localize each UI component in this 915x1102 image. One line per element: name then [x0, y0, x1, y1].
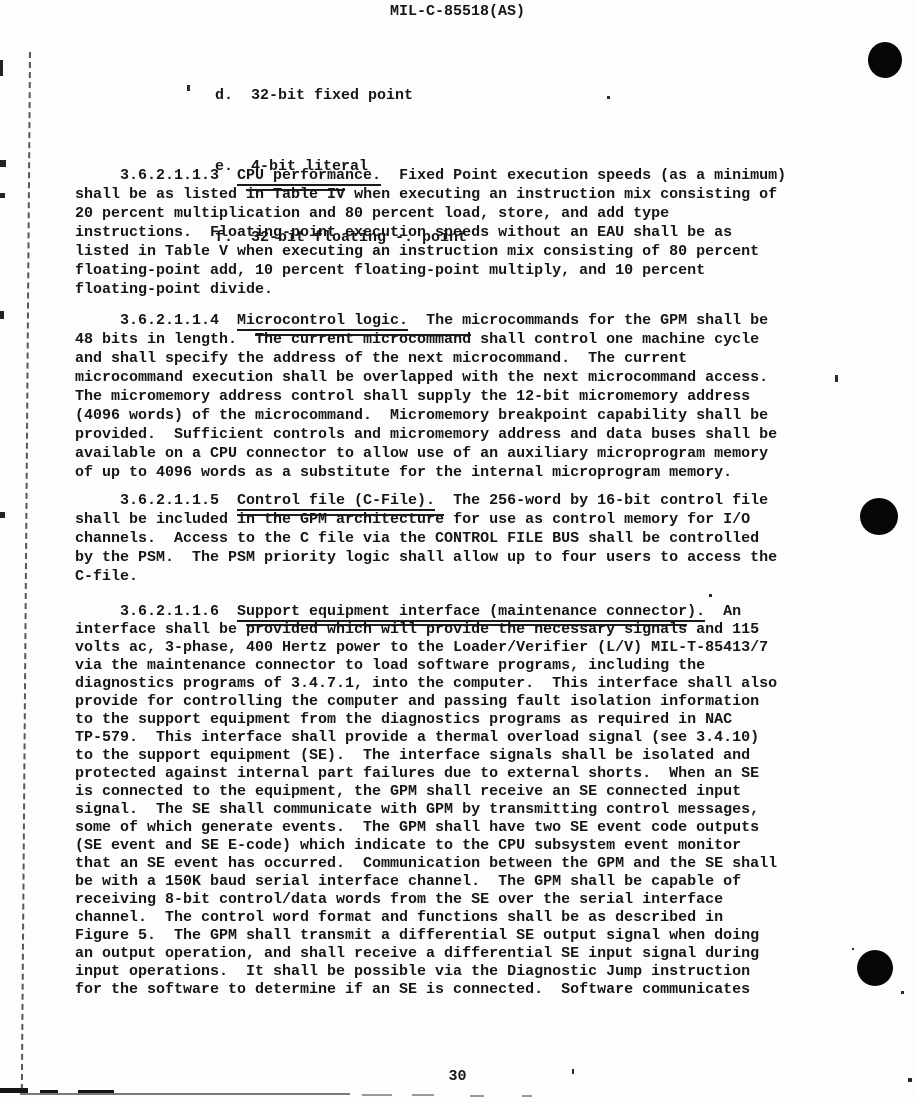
text-segment: C-file.: [75, 568, 138, 585]
text-segment: instructions. Floating-point execution s…: [75, 224, 732, 241]
text-line: instructions. Floating-point execution s…: [75, 223, 786, 242]
text-segment: for the software to determine if an SE i…: [75, 981, 750, 998]
scan-bottom-dash: [470, 1095, 484, 1097]
document-id-header: MIL-C-85518(AS): [0, 3, 915, 20]
text-line: input operations. It shall be possible v…: [75, 963, 777, 981]
scan-edge-tick: [0, 60, 3, 76]
text-line: to the support equipment (SE). The inter…: [75, 747, 777, 765]
text-line: listed in Table V when executing an inst…: [75, 242, 786, 261]
punch-hole-mark-bottom: [857, 950, 893, 986]
text-line: is connected to the equipment, the GPM s…: [75, 783, 777, 801]
text-line: 3.6.2.1.1.6 Support equipment interface …: [75, 603, 777, 621]
text-segment: by the PSM. The PSM priority logic shall…: [75, 549, 777, 566]
scan-edge-tick: [0, 160, 6, 167]
text-segment: floating-point add, 10 percent floating-…: [75, 262, 705, 279]
text-segment: signal. The SE shall communicate with GP…: [75, 801, 759, 818]
text-segment: of up to 4096 words as a substitute for …: [75, 464, 732, 481]
text-segment: that an SE event has occurred. Communica…: [75, 855, 777, 872]
list-item-d: d. 32-bit fixed point: [215, 87, 467, 105]
paragraph-cpu-performance: 3.6.2.1.1.3 CPU performance. Fixed Point…: [75, 166, 786, 299]
text-segment: The 256-word by 16-bit control file: [435, 492, 768, 509]
text-line: diagnostics programs of 3.4.7.1, into th…: [75, 675, 777, 693]
text-line: C-file.: [75, 567, 777, 586]
text-segment: via the maintenance connector to load so…: [75, 657, 705, 674]
text-segment: is connected to the equipment, the GPM s…: [75, 783, 741, 800]
text-segment: provide for controlling the computer and…: [75, 693, 759, 710]
text-segment: to the support equipment (SE). The inter…: [75, 747, 750, 764]
text-line: 48 bits in length. The current microcomm…: [75, 330, 777, 349]
text-line: 3.6.2.1.1.3 CPU performance. Fixed Point…: [75, 166, 786, 185]
text-line: Figure 5. The GPM shall transmit a diffe…: [75, 927, 777, 945]
section-title-underlined: Microcontrol logic.: [237, 312, 408, 331]
text-line: shall be included in the GPM architectur…: [75, 510, 777, 529]
text-segment: The microcommands for the GPM shall be: [408, 312, 768, 329]
text-segment: 3.6.2.1.1.4: [75, 312, 237, 329]
scan-speck: [908, 1078, 912, 1082]
text-line: TP-579. This interface shall provide a t…: [75, 729, 777, 747]
text-segment: interface shall be: [75, 621, 246, 638]
text-segment: for use as control memory for I/O: [444, 511, 750, 528]
text-line: provided. Sufficient controls and microm…: [75, 425, 777, 444]
text-line: that an SE event has occurred. Communica…: [75, 855, 777, 873]
text-line: receiving 8-bit control/data words from …: [75, 891, 777, 909]
text-line: volts ac, 3-phase, 400 Hertz power to th…: [75, 639, 777, 657]
text-segment: 3.6.2.1.1.5: [75, 492, 237, 509]
scan-speck: [187, 85, 190, 91]
document-page: MIL-C-85518(AS) d. 32-bit fixed point e.…: [0, 0, 915, 1102]
left-margin-dashed-line: [21, 52, 31, 1090]
text-line: (4096 words) of the microcommand. Microm…: [75, 406, 777, 425]
text-segment: and shall specify the address of the nex…: [75, 350, 687, 367]
text-segment: protected against internal part failures…: [75, 765, 759, 782]
scan-speck: [901, 991, 904, 994]
text-segment: provided. Sufficient controls and microm…: [75, 426, 777, 443]
paragraph-microcontrol-logic: 3.6.2.1.1.4 Microcontrol logic. The micr…: [75, 311, 777, 482]
text-line: available on a CPU connector to allow us…: [75, 444, 777, 463]
text-line: floating-point divide.: [75, 280, 786, 299]
text-segment: diagnostics programs of 3.4.7.1, into th…: [75, 675, 777, 692]
punch-hole-mark-middle: [860, 498, 898, 535]
text-segment: shall be included: [75, 511, 237, 528]
scan-bottom-dash: [522, 1095, 532, 1097]
text-line: interface shall be provided which will p…: [75, 621, 777, 639]
text-line: microcommand execution shall be overlapp…: [75, 368, 777, 387]
page-number: 30: [0, 1068, 915, 1085]
scan-edge-tick: [0, 311, 4, 319]
scan-speck: [607, 96, 610, 99]
text-segment: 3.6.2.1.1.3: [75, 167, 237, 184]
section-title-underlined: Control file (C-File).: [237, 492, 435, 511]
text-line: channel. The control word format and fun…: [75, 909, 777, 927]
text-line: 3.6.2.1.1.4 Microcontrol logic. The micr…: [75, 311, 777, 330]
text-segment: available on a CPU connector to allow us…: [75, 445, 768, 462]
text-segment: floating-point divide.: [75, 281, 273, 298]
text-line: to the support equipment from the diagno…: [75, 711, 777, 729]
text-line: The micromemory address control shall su…: [75, 387, 777, 406]
text-line: an output operation, and shall receive a…: [75, 945, 777, 963]
text-line: via the maintenance connector to load so…: [75, 657, 777, 675]
text-segment: Figure 5. The GPM shall transmit a diffe…: [75, 927, 759, 944]
text-line: be with a 150K baud serial interface cha…: [75, 873, 777, 891]
text-segment: An: [705, 603, 741, 620]
text-segment: to the support equipment from the diagno…: [75, 711, 732, 728]
section-title-underlined: CPU performance.: [237, 167, 381, 186]
section-title-underlined: Support equipment interface (maintenance…: [237, 603, 705, 622]
text-line: protected against internal part failures…: [75, 765, 777, 783]
text-line: (SE event and SE E-code) which indicate …: [75, 837, 777, 855]
text-segment: The micromemory address control shall su…: [75, 388, 750, 405]
scan-speck: [852, 948, 854, 950]
punch-hole-mark-top: [868, 42, 902, 78]
text-segment: shall be as listed: [75, 186, 246, 203]
paragraph-control-file: 3.6.2.1.1.5 Control file (C-File). The 2…: [75, 491, 777, 586]
text-segment: microcommand execution shall be overlapp…: [75, 369, 768, 386]
text-line: by the PSM. The PSM priority logic shall…: [75, 548, 777, 567]
text-segment: volts ac, 3-phase, 400 Hertz power to th…: [75, 639, 768, 656]
text-line: and shall specify the address of the nex…: [75, 349, 777, 368]
text-line: shall be as listed in Table IV when exec…: [75, 185, 786, 204]
underline-overstrike-artifact: provided which will provide the necessar…: [246, 621, 687, 638]
text-segment: listed in Table V when executing an inst…: [75, 243, 759, 260]
text-segment: 48 bits in length.: [75, 331, 255, 348]
scan-edge-tick: [0, 193, 5, 198]
text-segment: an output operation, and shall receive a…: [75, 945, 759, 962]
text-segment: channel. The control word format and fun…: [75, 909, 723, 926]
underline-overstrike-artifact: in Table IV: [246, 186, 345, 203]
text-line: of up to 4096 words as a substitute for …: [75, 463, 777, 482]
text-segment: shall control one machine cycle: [471, 331, 759, 348]
text-segment: TP-579. This interface shall provide a t…: [75, 729, 759, 746]
text-segment: 3.6.2.1.1.6: [75, 603, 237, 620]
text-segment: input operations. It shall be possible v…: [75, 963, 750, 980]
text-segment: receiving 8-bit control/data words from …: [75, 891, 723, 908]
underline-overstrike-artifact: The current microcommand: [255, 331, 471, 348]
text-segment: (SE event and SE E-code) which indicate …: [75, 837, 741, 854]
text-line: 20 percent multiplication and 80 percent…: [75, 204, 786, 223]
scan-edge-tick: [0, 512, 5, 518]
text-line: provide for controlling the computer and…: [75, 693, 777, 711]
underline-overstrike-artifact: in the GPM architecture: [237, 511, 444, 528]
scan-bottom-dash: [362, 1094, 392, 1096]
text-line: 3.6.2.1.1.5 Control file (C-File). The 2…: [75, 491, 777, 510]
text-segment: be with a 150K baud serial interface cha…: [75, 873, 741, 890]
scan-speck: [835, 375, 838, 382]
text-line: some of which generate events. The GPM s…: [75, 819, 777, 837]
text-segment: some of which generate events. The GPM s…: [75, 819, 759, 836]
text-line: for the software to determine if an SE i…: [75, 981, 777, 999]
text-segment: channels. Access to the C file via the C…: [75, 530, 759, 547]
text-segment: 20 percent multiplication and 80 percent…: [75, 205, 669, 222]
scan-speck: [709, 594, 712, 597]
scan-bottom-line: [20, 1093, 350, 1095]
text-segment: (4096 words) of the microcommand. Microm…: [75, 407, 768, 424]
text-segment: and 115: [687, 621, 759, 638]
text-line: signal. The SE shall communicate with GP…: [75, 801, 777, 819]
paragraph-support-equipment-interface: 3.6.2.1.1.6 Support equipment interface …: [75, 603, 777, 999]
text-segment: Fixed Point execution speeds (as a minim…: [381, 167, 786, 184]
scan-speck: [572, 1069, 574, 1074]
text-line: channels. Access to the C file via the C…: [75, 529, 777, 548]
text-line: floating-point add, 10 percent floating-…: [75, 261, 786, 280]
text-segment: when executing an instruction mix consis…: [345, 186, 777, 203]
scan-bottom-dash: [412, 1094, 434, 1096]
